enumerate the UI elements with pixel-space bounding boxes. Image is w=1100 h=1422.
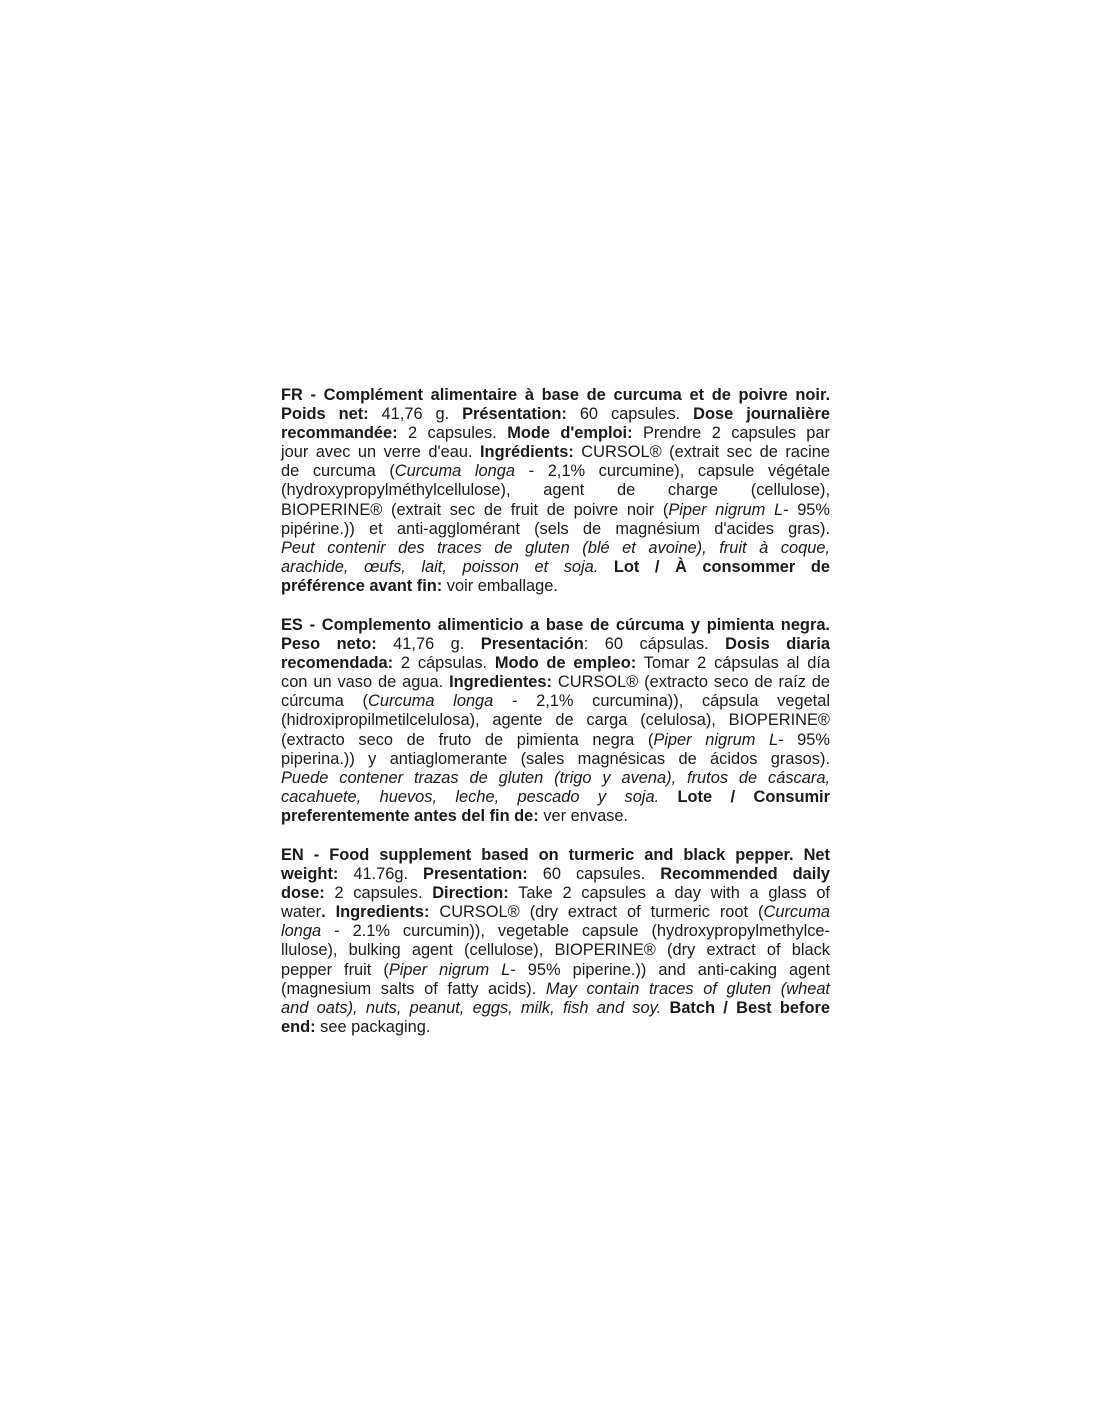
text-line: jour avec un verre d'eau. Ingrédients: C… bbox=[281, 443, 830, 462]
text-line: piperina.)) y antiaglomerante (sales mag… bbox=[281, 750, 830, 769]
body-text bbox=[659, 788, 677, 806]
text-line: FR - Complément alimentaire à base de cu… bbox=[281, 386, 830, 405]
body-text: water bbox=[281, 903, 321, 921]
italic-text: Curcuma longa bbox=[395, 462, 515, 480]
bold-label: Lote / Consumir bbox=[678, 788, 830, 806]
bold-label: Ingrédients: bbox=[480, 443, 574, 461]
body-text: (hydroxypropylméthylcellulose), agent de… bbox=[281, 481, 830, 499]
italic-text: Peut contenir des traces de gluten (blé … bbox=[281, 539, 830, 557]
text-line: cúrcuma (Curcuma longa - 2,1% curcumina)… bbox=[281, 692, 830, 711]
body-text: 41,76 g. bbox=[369, 405, 463, 423]
bold-label: Dosis diaria bbox=[725, 635, 830, 653]
body-text: pipérine.)) et anti-agglomérant (sels de… bbox=[281, 520, 830, 538]
body-text: - 95% bbox=[778, 731, 830, 749]
bold-label: preferentemente antes del fin de: bbox=[281, 807, 539, 825]
text-line: Peut contenir des traces de gluten (blé … bbox=[281, 539, 830, 558]
body-text bbox=[598, 558, 614, 576]
text-line: (extracto seco de fruto de pimienta negr… bbox=[281, 731, 830, 750]
text-line: llulose), bulking agent (cellulose), BIO… bbox=[281, 941, 830, 960]
label-text-en: EN - Food supplement based on turmeric a… bbox=[281, 846, 830, 1037]
body-text: - 2.1% curcumin)), vegetable capsule (hy… bbox=[321, 922, 830, 940]
bold-label: Direction: bbox=[432, 884, 509, 902]
body-text: 60 capsules. bbox=[567, 405, 693, 423]
text-line: Puede contener trazas de gluten (trigo y… bbox=[281, 769, 830, 788]
body-text: BIOPERINE® (extrait sec de fruit de poiv… bbox=[281, 501, 668, 519]
bold-label: EN - Food supplement based on turmeric a… bbox=[281, 846, 830, 864]
italic-text: May contain traces of gluten (wheat bbox=[546, 980, 830, 998]
italic-text: Piper nigrum L bbox=[668, 501, 783, 519]
text-line: recomendada: 2 cápsulas. Modo de empleo:… bbox=[281, 654, 830, 673]
bold-label: préférence avant fin: bbox=[281, 577, 442, 595]
body-text: piperina.)) y antiaglomerante (sales mag… bbox=[281, 750, 830, 768]
body-text: ver envase. bbox=[539, 807, 628, 825]
italic-text: Curcuma bbox=[764, 903, 831, 921]
body-text: jour avec un verre d'eau. bbox=[281, 443, 480, 461]
text-line: arachide, œufs, lait, poisson et soja. L… bbox=[281, 558, 830, 577]
body-text: see packaging. bbox=[316, 1018, 431, 1036]
text-line: pepper fruit (Piper nigrum L- 95% piperi… bbox=[281, 961, 830, 980]
text-line: ES - Complemento alimenticio a base de c… bbox=[281, 616, 830, 635]
body-text: CURSOL® (extrait sec de racine bbox=[574, 443, 830, 461]
bold-label: Ingredientes: bbox=[449, 673, 552, 691]
bold-label: . Ingredients: bbox=[321, 903, 429, 921]
text-line: pipérine.)) et anti-agglomérant (sels de… bbox=[281, 520, 830, 539]
text-line: con un vaso de agua. Ingredientes: CURSO… bbox=[281, 673, 830, 692]
bold-label: ES - Complemento alimenticio a base de c… bbox=[281, 616, 830, 634]
body-text: cúrcuma ( bbox=[281, 692, 368, 710]
body-text: - 95% bbox=[783, 501, 830, 519]
italic-text: longa bbox=[281, 922, 321, 940]
italic-text: cacahuete, huevos, leche, pescado y soja… bbox=[281, 788, 659, 806]
body-text: 2 capsules. bbox=[325, 884, 433, 902]
body-text: con un vaso de agua. bbox=[281, 673, 449, 691]
body-text: - 95% piperine.)) and anti-caking agent bbox=[510, 961, 830, 979]
text-line: preferentemente antes del fin de: ver en… bbox=[281, 807, 830, 826]
body-text: (magnesium salts of fatty acids). bbox=[281, 980, 546, 998]
italic-text: and oats), nuts, peanut, eggs, milk, fis… bbox=[281, 999, 661, 1017]
bold-label: FR - Complément alimentaire à base de cu… bbox=[281, 386, 830, 404]
body-text: 41.76g. bbox=[338, 865, 423, 883]
bold-label: dose: bbox=[281, 884, 325, 902]
body-text: de curcuma ( bbox=[281, 462, 395, 480]
bold-label: Mode d'emploi: bbox=[507, 424, 632, 442]
body-text: (extracto seco de fruto de pimienta negr… bbox=[281, 731, 653, 749]
body-text: 2 capsules. bbox=[398, 424, 508, 442]
italic-text: arachide, œufs, lait, poisson et soja. bbox=[281, 558, 598, 576]
body-text: 2 cápsulas. bbox=[393, 654, 495, 672]
text-line: (hidroxipropilmetilcelulosa), agente de … bbox=[281, 711, 830, 730]
bold-label: Presentation: bbox=[423, 865, 528, 883]
bold-label: Peso neto: bbox=[281, 635, 377, 653]
text-line: préférence avant fin: voir emballage. bbox=[281, 577, 830, 596]
bold-label: recommandée: bbox=[281, 424, 398, 442]
text-line: dose: 2 capsules. Direction: Take 2 caps… bbox=[281, 884, 830, 903]
label-text-fr: FR - Complément alimentaire à base de cu… bbox=[281, 386, 830, 596]
body-text: voir emballage. bbox=[442, 577, 558, 595]
body-text: 60 capsules. bbox=[528, 865, 660, 883]
bold-label: end: bbox=[281, 1018, 316, 1036]
label-text-es: ES - Complemento alimenticio a base de c… bbox=[281, 616, 830, 826]
text-line: water. Ingredients: CURSOL® (dry extract… bbox=[281, 903, 830, 922]
bold-label: Poids net: bbox=[281, 405, 369, 423]
text-line: end: see packaging. bbox=[281, 1018, 830, 1037]
body-text: Prendre 2 capsules par bbox=[633, 424, 830, 442]
text-line: (magnesium salts of fatty acids). May co… bbox=[281, 980, 830, 999]
body-text: - 2,1% curcumine), capsule végétale bbox=[515, 462, 830, 480]
text-line: (hydroxypropylméthylcellulose), agent de… bbox=[281, 481, 830, 500]
bold-label: Lot / À consommer de bbox=[614, 558, 830, 576]
body-text: CURSOL® (dry extract of turmeric root ( bbox=[429, 903, 763, 921]
text-line: recommandée: 2 capsules. Mode d'emploi: … bbox=[281, 424, 830, 443]
bold-label: Batch / Best before bbox=[669, 999, 830, 1017]
bold-label: Dose journalière bbox=[693, 405, 830, 423]
body-text: (hidroxipropilmetilcelulosa), agente de … bbox=[281, 711, 830, 729]
bold-label: Presentación bbox=[481, 635, 584, 653]
body-text: Tomar 2 cápsulas al día bbox=[636, 654, 830, 672]
text-line: cacahuete, huevos, leche, pescado y soja… bbox=[281, 788, 830, 807]
text-line: EN - Food supplement based on turmeric a… bbox=[281, 846, 830, 865]
body-text: : 60 cápsulas. bbox=[584, 635, 725, 653]
body-text: pepper fruit ( bbox=[281, 961, 389, 979]
text-line: and oats), nuts, peanut, eggs, milk, fis… bbox=[281, 999, 830, 1018]
bold-label: Recommended daily bbox=[660, 865, 830, 883]
body-text: - 2,1% curcumina)), cápsula vegetal bbox=[493, 692, 830, 710]
bold-label: weight: bbox=[281, 865, 338, 883]
bold-label: Modo de empleo: bbox=[495, 654, 636, 672]
body-text: 41,76 g. bbox=[377, 635, 481, 653]
text-line: Peso neto: 41,76 g. Presentación: 60 cáp… bbox=[281, 635, 830, 654]
text-line: de curcuma (Curcuma longa - 2,1% curcumi… bbox=[281, 462, 830, 481]
bold-label: recomendada: bbox=[281, 654, 393, 672]
text-line: weight: 41.76g. Presentation: 60 capsule… bbox=[281, 865, 830, 884]
italic-text: Puede contener trazas de gluten (trigo y… bbox=[281, 769, 830, 787]
text-line: Poids net: 41,76 g. Présentation: 60 cap… bbox=[281, 405, 830, 424]
body-text: Take 2 capsules a day with a glass of bbox=[509, 884, 830, 902]
bold-label: Présentation: bbox=[462, 405, 567, 423]
text-line: BIOPERINE® (extrait sec de fruit de poiv… bbox=[281, 501, 830, 520]
text-line: longa - 2.1% curcumin)), vegetable capsu… bbox=[281, 922, 830, 941]
body-text: CURSOL® (extracto seco de raíz de bbox=[552, 673, 830, 691]
italic-text: Piper nigrum L bbox=[389, 961, 510, 979]
body-text: llulose), bulking agent (cellulose), BIO… bbox=[281, 941, 830, 959]
italic-text: Curcuma longa bbox=[368, 692, 493, 710]
italic-text: Piper nigrum L bbox=[653, 731, 778, 749]
